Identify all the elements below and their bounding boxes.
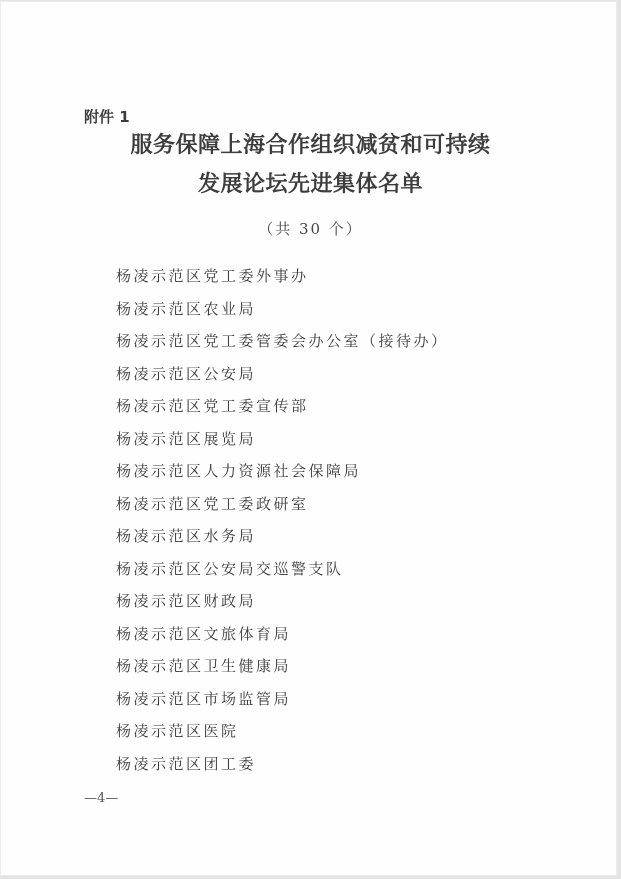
collective-list: 杨凌示范区党工委外事办 杨凌示范区农业局 杨凌示范区党工委管委会办公室（接待办）… — [116, 266, 449, 786]
attachment-label: 附件 1 — [84, 106, 130, 127]
list-item: 杨凌示范区公安局 — [116, 364, 449, 397]
list-item: 杨凌示范区公安局交巡警支队 — [116, 559, 449, 592]
list-item: 杨凌示范区农业局 — [116, 299, 449, 332]
document-page: 附件 1 服务保障上海合作组织减贫和可持续 发展论坛先进集体名单 （共 30 个… — [0, 1, 617, 876]
page-number: —4— — [84, 791, 118, 806]
list-item: 杨凌示范区展览局 — [116, 429, 449, 462]
list-item: 杨凌示范区市场监管局 — [116, 689, 449, 722]
list-item: 杨凌示范区财政局 — [116, 591, 449, 624]
list-item: 杨凌示范区党工委外事办 — [116, 266, 449, 299]
list-item: 杨凌示范区人力资源社会保障局 — [116, 461, 449, 494]
list-item: 杨凌示范区党工委管委会办公室（接待办） — [116, 331, 449, 364]
document-title-line1: 服务保障上海合作组织减贫和可持续 — [0, 128, 621, 159]
list-item: 杨凌示范区党工委宣传部 — [116, 396, 449, 429]
list-item: 杨凌示范区卫生健康局 — [116, 656, 449, 689]
list-item: 杨凌示范区医院 — [116, 721, 449, 754]
list-item: 杨凌示范区党工委政研室 — [116, 494, 449, 527]
list-item: 杨凌示范区文旅体育局 — [116, 624, 449, 657]
list-item: 杨凌示范区水务局 — [116, 526, 449, 559]
count-note: （共 30 个） — [0, 218, 621, 239]
document-title-line2: 发展论坛先进集体名单 — [0, 167, 621, 198]
list-item: 杨凌示范区团工委 — [116, 754, 449, 787]
